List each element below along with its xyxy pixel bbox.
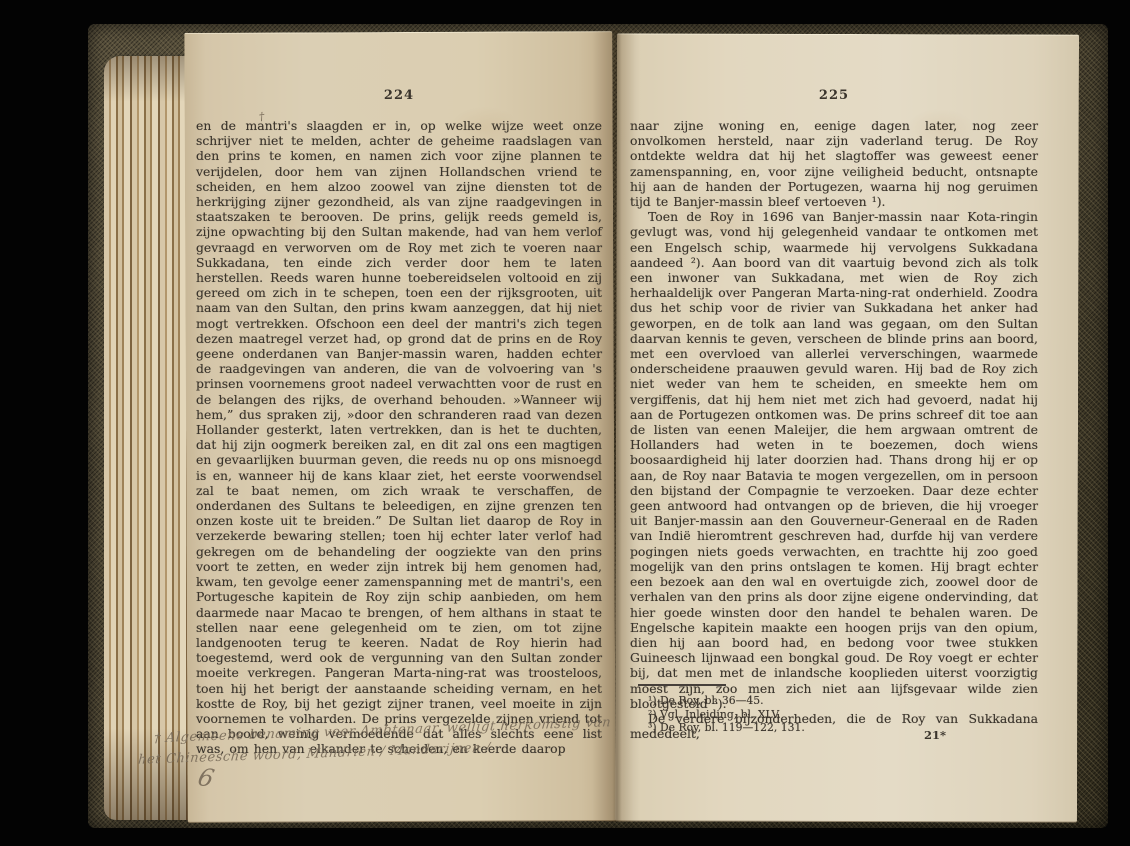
handwritten-flourish: 6 <box>196 767 221 790</box>
footnote: ²) Vgl. Inleiding, bl. XLV. <box>648 708 968 722</box>
page-stack-fore-edge <box>104 56 190 820</box>
left-page-text-column: 224 en de mantri's slaagden er in, op we… <box>196 88 602 757</box>
right-page-paragraph: Toen de Roy in 1696 van Banjer-massin na… <box>630 209 1038 711</box>
footnote-separator-rule <box>638 684 726 686</box>
footnote: ¹) De Roy, bl. 36—45. <box>648 694 968 708</box>
signature-mark: 21* <box>924 728 946 742</box>
handwritten-dagger-mark: † <box>258 110 265 124</box>
right-page-paragraph: naar zijne woning en, eenige dagen later… <box>630 118 1038 209</box>
footnote: ³) De Roy, bl. 119—122, 131. <box>648 721 968 735</box>
left-page-body-text: en de mantri's slaagden er in, op welke … <box>196 118 602 757</box>
book-photograph: 224 en de mantri's slaagden er in, op we… <box>0 0 1130 846</box>
right-page-number: 225 <box>630 88 1038 103</box>
right-page-text-column: 225 naar zijne woning en, eenige dagen l… <box>630 88 1038 741</box>
footnotes-block: ¹) De Roy, bl. 36—45. ²) Vgl. Inleiding,… <box>648 694 968 735</box>
left-page-number: 224 <box>196 88 602 103</box>
